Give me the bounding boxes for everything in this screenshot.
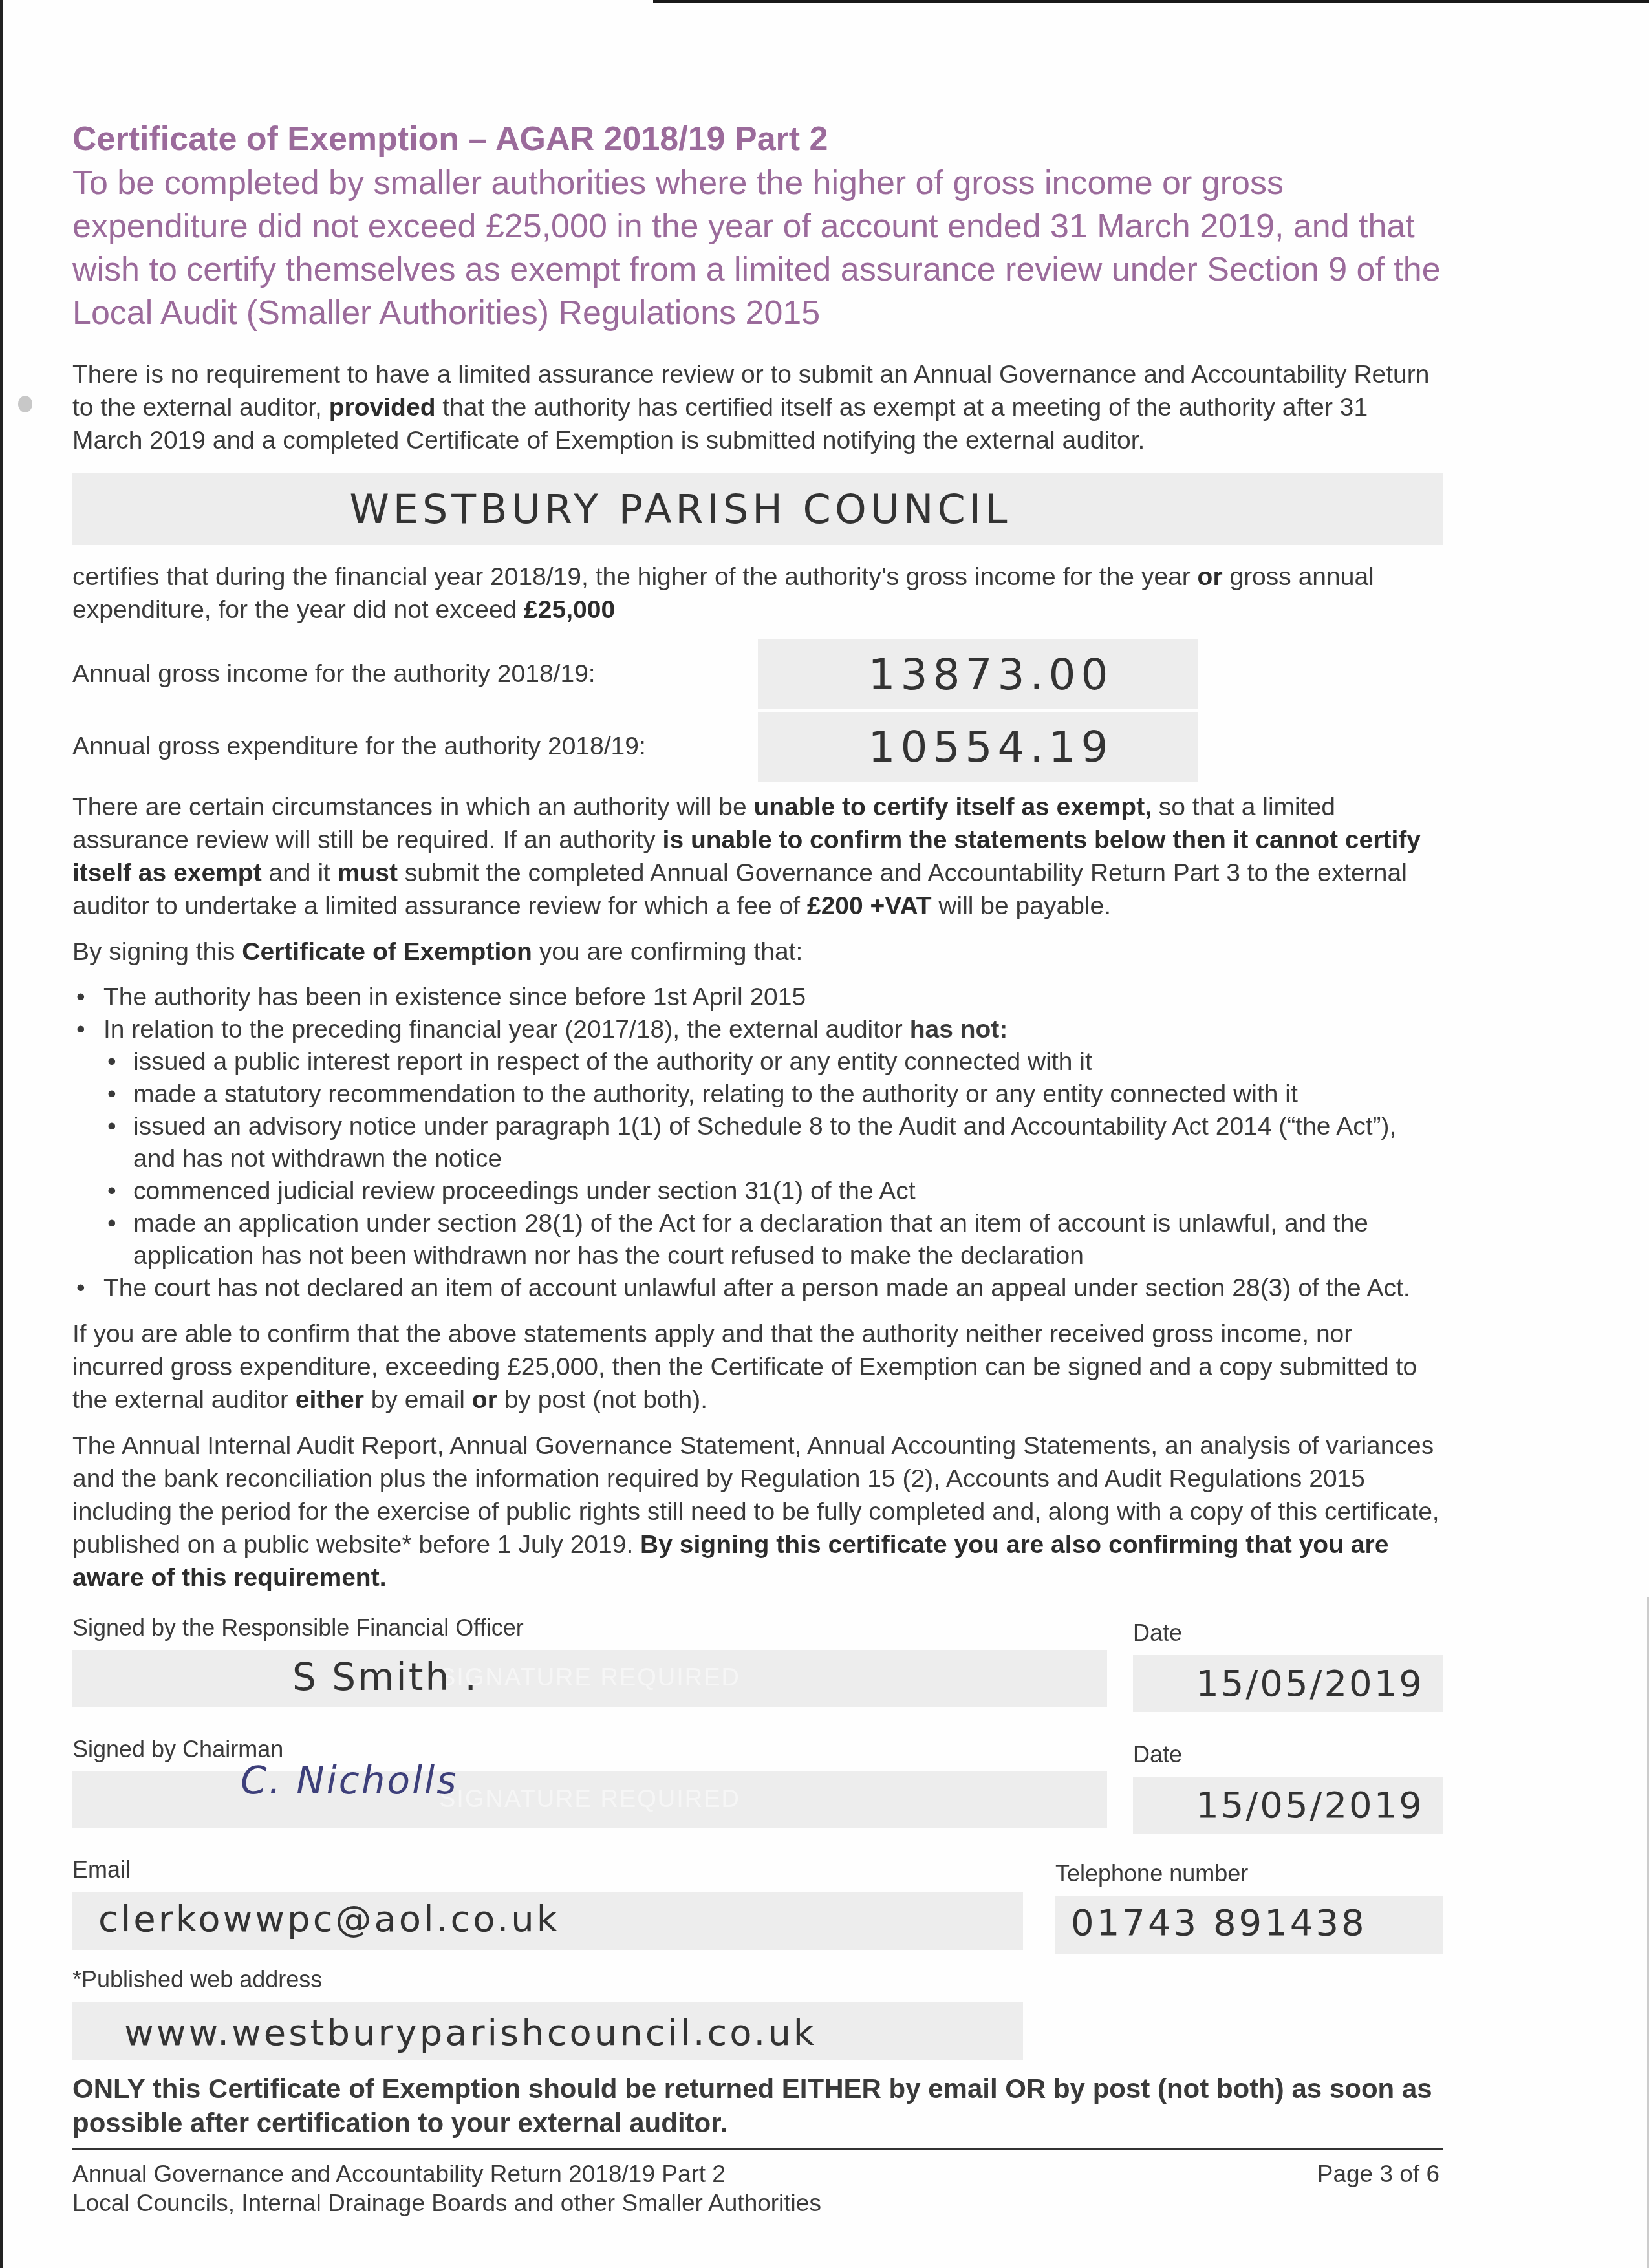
rfo-date-value: 15/05/2019 — [1196, 1663, 1424, 1705]
authority-name-field[interactable]: WESTBURY PARISH COUNCIL — [72, 473, 1443, 545]
certifies-paragraph: certifies that during the financial year… — [72, 561, 1443, 626]
page-number: Page 3 of 6 — [1317, 2159, 1443, 2218]
gross-income-value: 13873.00 — [868, 650, 1114, 700]
gross-expenditure-field[interactable]: 10554.19 — [758, 712, 1198, 782]
web-address-block: *Published web address www.westburyparis… — [72, 1965, 1023, 2060]
footer-line-2: Local Councils, Internal Drainage Boards… — [72, 2188, 821, 2218]
footer-divider — [72, 2148, 1443, 2150]
phone-field[interactable]: 01743 891438 — [1055, 1896, 1443, 1954]
phone-value: 01743 891438 — [1071, 1902, 1367, 1944]
email-field[interactable]: clerkowwpc@aol.co.uk — [72, 1892, 1023, 1950]
publication-paragraph: The Annual Internal Audit Report, Annual… — [72, 1429, 1443, 1594]
able-to-confirm-paragraph: If you are able to confirm that the abov… — [72, 1318, 1443, 1417]
confirming-intro: By signing this Certificate of Exemption… — [72, 936, 1443, 968]
gross-expenditure-label: Annual gross expenditure for the authori… — [72, 733, 758, 761]
document-subtitle: To be completed by smaller authorities w… — [72, 162, 1443, 335]
authority-name-value: WESTBURY PARISH COUNCIL — [349, 486, 1011, 533]
closing-instruction: ONLY this Certificate of Exemption shoul… — [72, 2071, 1443, 2140]
list-item: The court has not declared an item of ac… — [72, 1272, 1443, 1305]
web-address-label: *Published web address — [72, 1965, 1023, 1994]
chair-date-label: Date — [1133, 1740, 1443, 1769]
rfo-signature-field[interactable]: SIGNATURE REQUIRED S Smith . — [72, 1650, 1107, 1707]
gross-expenditure-value: 10554.19 — [868, 722, 1114, 772]
web-address-field[interactable]: www.westburyparishcouncil.co.uk — [72, 2002, 1023, 2060]
gross-income-field[interactable]: 13873.00 — [758, 639, 1198, 709]
certificate-page: Certificate of Exemption – AGAR 2018/19 … — [72, 116, 1443, 2218]
list-item: commenced judicial review proceedings un… — [103, 1175, 1443, 1208]
email-value: clerkowwpc@aol.co.uk — [98, 1898, 560, 1940]
gross-income-label: Annual gross income for the authority 20… — [72, 660, 758, 689]
footer-line-1: Annual Governance and Accountability Ret… — [72, 2159, 821, 2188]
chair-date-field[interactable]: 15/05/2019 — [1133, 1777, 1443, 1834]
document-title: Certificate of Exemption – AGAR 2018/19 … — [72, 116, 1443, 162]
rfo-signature-label: Signed by the Responsible Financial Offi… — [72, 1614, 1107, 1642]
list-item: issued an advisory notice under paragrap… — [103, 1111, 1443, 1175]
phone-label: Telephone number — [1055, 1859, 1443, 1888]
rfo-date-field[interactable]: 15/05/2019 — [1133, 1655, 1443, 1712]
chair-signature-placeholder: SIGNATURE REQUIRED — [72, 1786, 1107, 1813]
list-item: In relation to the preceding financial y… — [72, 1014, 1443, 1272]
chair-signature-label: Signed by Chairman — [72, 1735, 1107, 1764]
list-item: made an application under section 28(1) … — [103, 1208, 1443, 1272]
list-item: The authority has been in existence sinc… — [72, 981, 1443, 1014]
gross-income-row: Annual gross income for the authority 20… — [72, 639, 1443, 709]
chair-signature-row: Signed by Chairman SIGNATURE REQUIRED C.… — [72, 1735, 1443, 1846]
chair-date-value: 15/05/2019 — [1196, 1784, 1424, 1826]
scan-edge-left — [0, 0, 3, 2268]
list-item: made a statutory recommendation to the a… — [103, 1078, 1443, 1111]
hole-punch-mark — [18, 396, 32, 412]
rfo-signature-placeholder: SIGNATURE REQUIRED — [72, 1664, 1107, 1692]
chair-signature-value: C. Nicholls — [241, 1759, 458, 1803]
chair-signature-field[interactable]: SIGNATURE REQUIRED C. Nicholls — [72, 1771, 1107, 1828]
email-label: Email — [72, 1856, 1023, 1884]
page-footer: Annual Governance and Accountability Ret… — [72, 2159, 1443, 2218]
rfo-date-label: Date — [1133, 1619, 1443, 1647]
confirmation-list: The authority has been in existence sinc… — [72, 981, 1443, 1305]
list-item: issued a public interest report in respe… — [103, 1046, 1443, 1078]
rfo-signature-value: S Smith . — [292, 1655, 479, 1699]
web-address-value: www.westburyparishcouncil.co.uk — [124, 2012, 817, 2054]
rfo-signature-row: Signed by the Responsible Financial Offi… — [72, 1614, 1443, 1725]
scan-edge-top — [653, 0, 1649, 3]
contact-row: Email clerkowwpc@aol.co.uk Telephone num… — [72, 1856, 1443, 1965]
auditor-sublist: issued a public interest report in respe… — [103, 1046, 1443, 1272]
intro-paragraph: There is no requirement to have a limite… — [72, 358, 1443, 457]
gross-expenditure-row: Annual gross expenditure for the authori… — [72, 712, 1443, 782]
circumstances-paragraph: There are certain circumstances in which… — [72, 791, 1443, 923]
